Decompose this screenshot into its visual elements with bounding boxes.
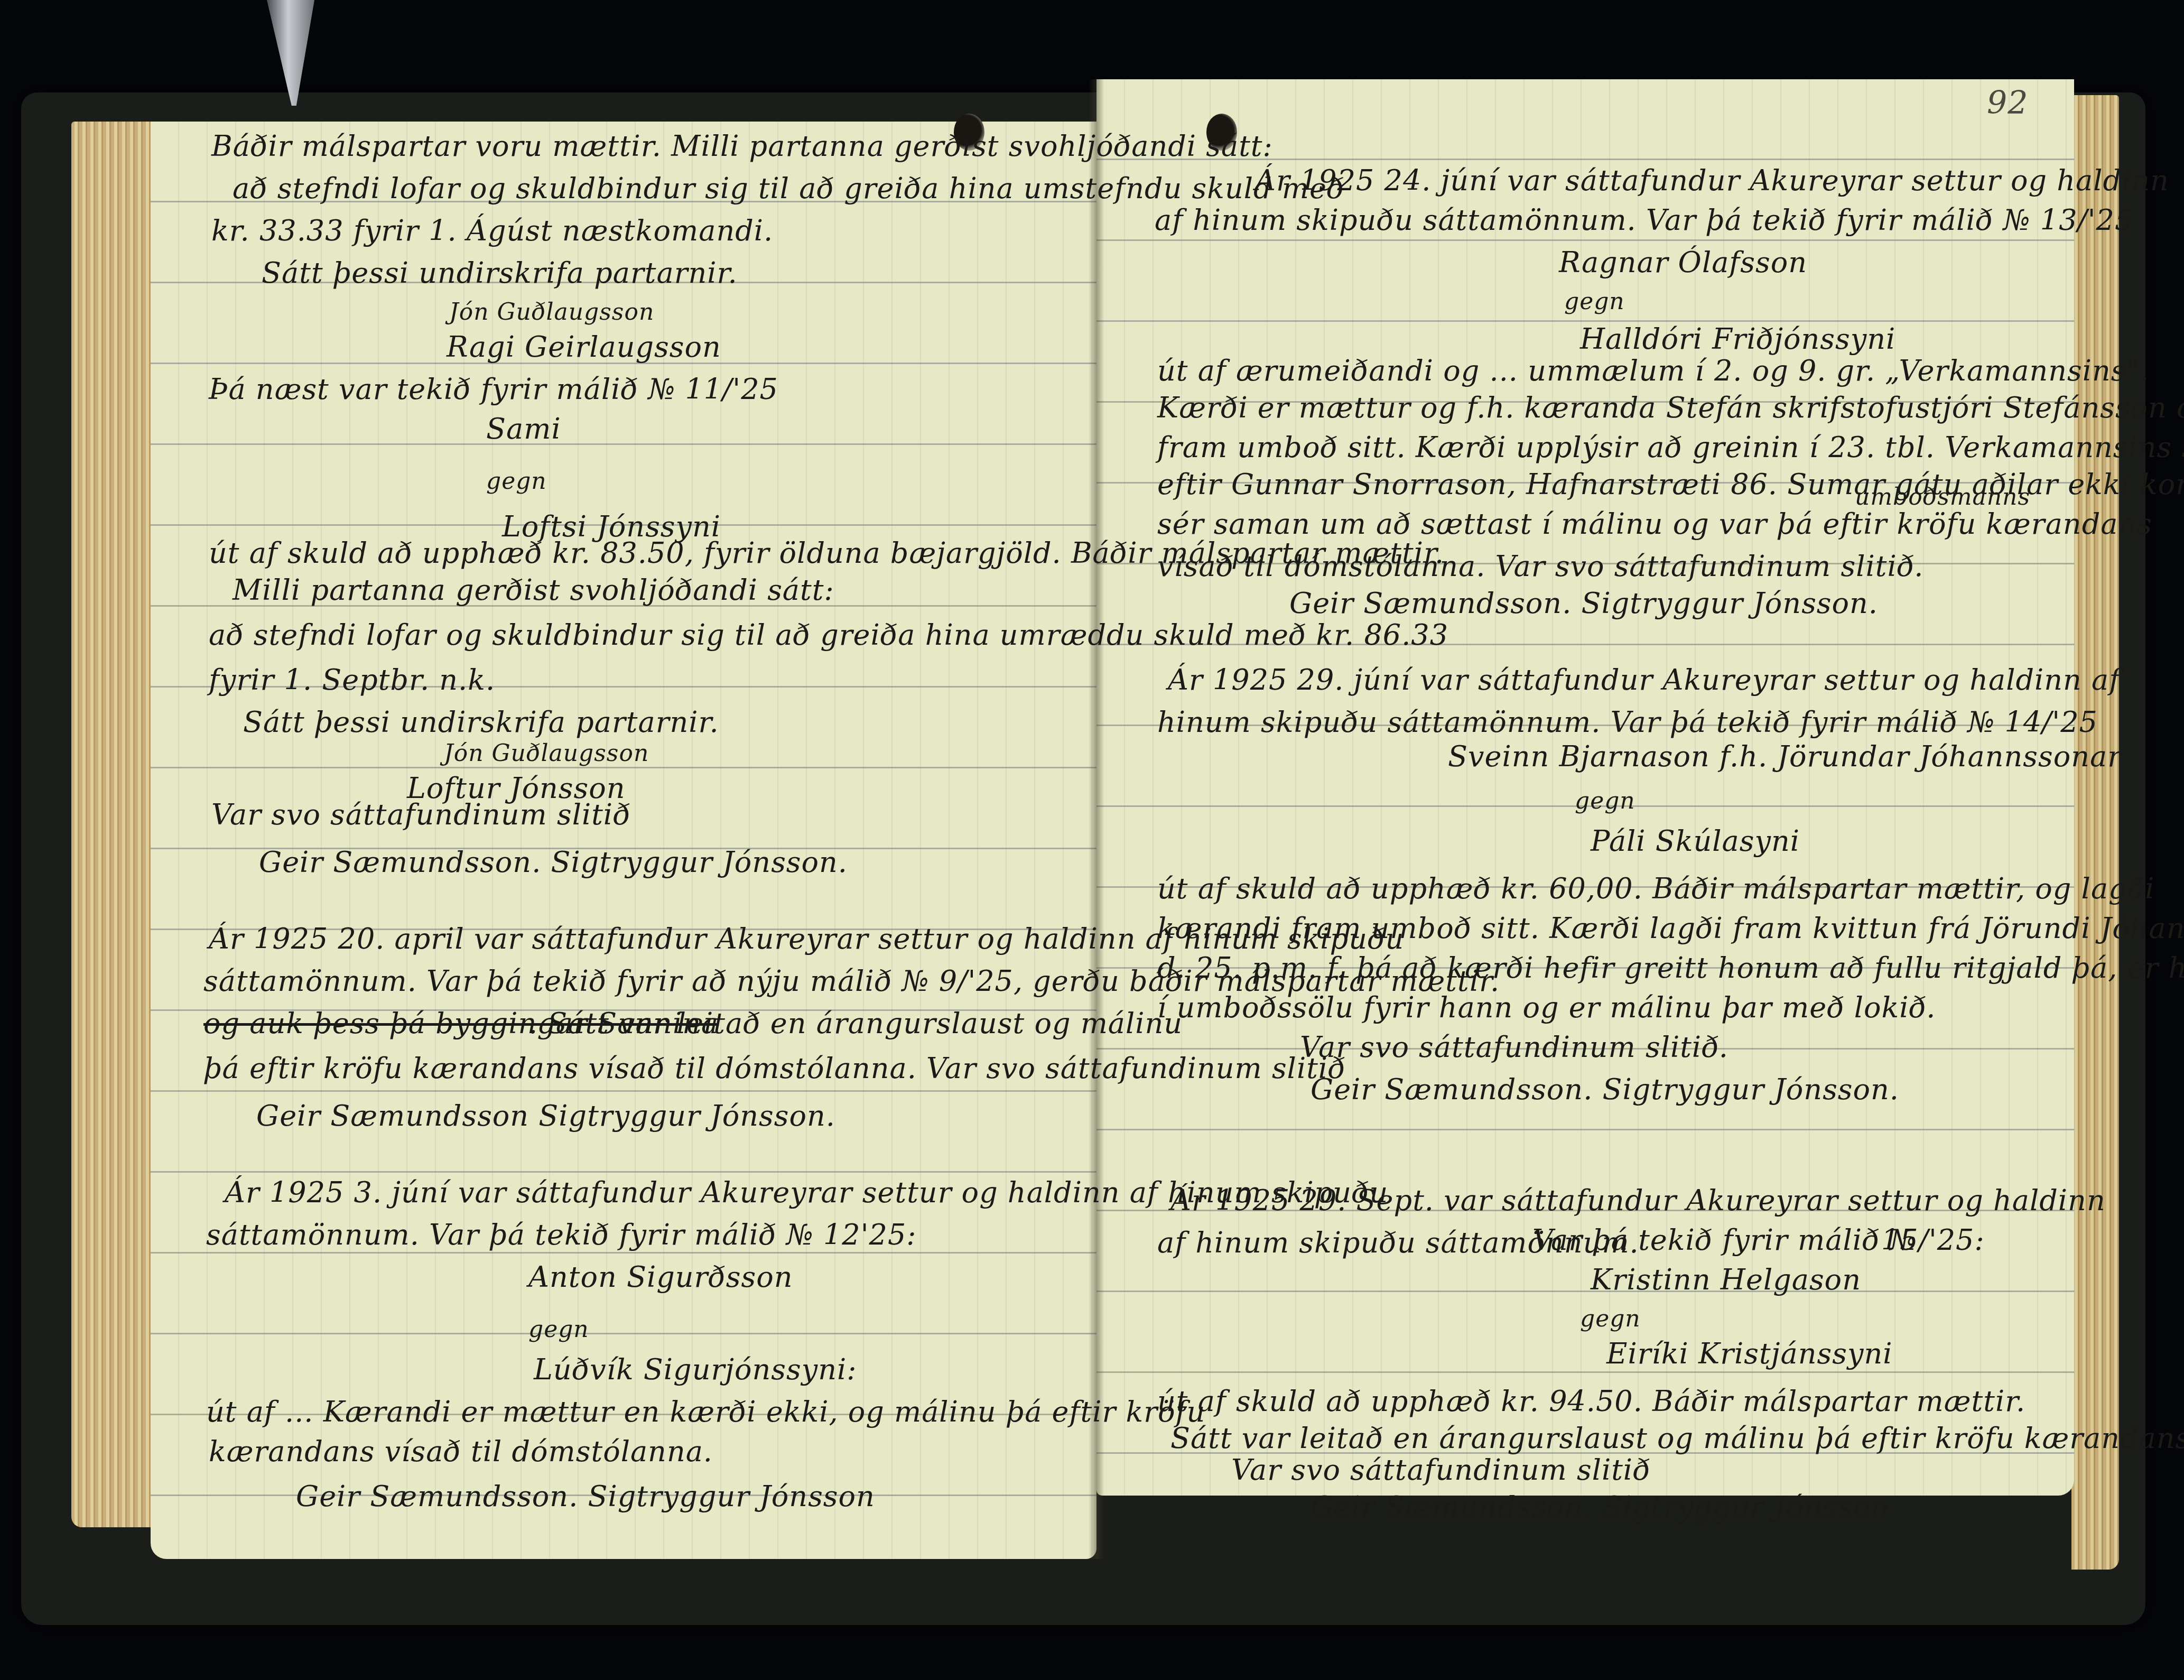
handwritten-line: Milli partanna gerðist svohljóðandi sátt… [233,573,834,607]
handwritten-line: Sveinn Bjarnason f.h. Jörundar Jóhannsso… [1448,740,2122,773]
right-page-edges [2071,95,2119,1570]
handwritten-line: Geir Sæmundsson. Sigtryggur Jónsson [296,1480,875,1513]
handwritten-line: gegn [528,1316,589,1343]
handwritten-line: Kærði er mættur og f.h. kæranda Stefán s… [1157,391,2184,424]
handwritten-line: Ár 1925 29. júní var sáttafundur Akureyr… [1168,663,2120,697]
handwritten-line: Halldóri Friðjónssyni [1580,322,1895,356]
handwritten-line: umboðsmanns [1855,484,2030,511]
page-number: 92 [1987,85,2028,122]
page-holder-blade-icon [267,0,314,106]
handwritten-line: kr. 33.33 fyrir 1. Ágúst næstkomandi. [211,214,773,247]
handwritten-line: Sami [486,412,561,445]
handwritten-line: Var þá tekið fyrir málið № [1532,1223,1917,1257]
handwritten-line: Sátt þessi undirskrifa partarnir. [243,706,719,739]
handwritten-line: Þá næst var tekið fyrir málið № 11/'25 [209,373,778,406]
handwritten-line: kærandi fram umboð sitt. Kærði lagði fra… [1157,912,2184,945]
handwritten-line: Ragi Geirlaugsson [447,330,721,364]
handwritten-line: af hinum skipuðu sáttamönnum. Var þá tek… [1155,203,2133,237]
handwritten-line: að stefndi lofar og skuldbindur sig til … [209,618,1448,652]
handwritten-line: Ragnar Ólafsson [1559,246,1807,279]
handwritten-line: Anton Sigurðsson [528,1260,793,1294]
handwritten-line: Jón Guðlaugsson [444,740,649,767]
handwritten-line: gegn [1575,787,1635,814]
handwritten-line: Kristinn Helgason [1591,1263,1861,1296]
handwritten-line: Geir Sæmundsson. Sigtryggur Jónsson. [1311,1073,1899,1106]
handwritten-line: Lúðvík Sigurjónssyni: [534,1353,857,1386]
handwritten-line: út af skuld að upphæð kr. 60,00. Báðir m… [1157,872,2154,905]
handwritten-line: sáttamönnum. Var þá tekið fyrir málið № … [206,1218,916,1251]
book-gutter [1089,79,1104,1559]
handwritten-line: Var svo sáttafundinum slitið [211,798,631,831]
handwritten-line: gegn [1564,288,1625,315]
handwritten-line: Sátt þessi undirskrifa partarnir. [262,256,738,290]
handwritten-line: . Sátt var leitað en árangurslaust og má… [528,1007,1183,1040]
handwritten-line: d. 25. p.m. f. þá að kærði hefir greitt … [1157,951,2184,985]
handwritten-line: Báðir málspartar voru mættir. Milli part… [211,129,1273,163]
handwritten-line: Ár 1925 29. Sept. var sáttafundur Akurey… [1170,1184,2106,1217]
handwritten-line: Var svo sáttafundinum slitið. [1300,1031,1728,1064]
handwritten-line: fram umboð sitt. Kærði upplýsir að grein… [1157,431,2184,464]
handwritten-line: Jón Guðlaugsson [449,299,654,326]
handwritten-line: út af skuld að upphæð kr. 94.50. Báðir m… [1157,1385,2025,1418]
handwritten-line: Geir Sæmundsson. Sigtryggur Jónsson. [1289,587,1878,620]
handwritten-line: Var svo sáttafundinum slitið [1231,1453,1651,1487]
handwritten-line: út af ærumeiðandi og ... ummælum í 2. og… [1157,354,2150,387]
handwritten-line: fyrir 1. Septbr. n.k. [209,663,495,697]
handwritten-line: í umboðssölu fyrir hann og er málinu þar… [1157,991,1936,1024]
handwritten-line: Ár 1925 24. júní var sáttafundur Akureyr… [1255,164,2169,197]
handwritten-line: kærandans vísað til dómstólanna. [209,1435,713,1468]
handwritten-line: gegn [486,468,547,495]
handwritten-line: Páli Skúlasyni [1591,824,1800,858]
handwritten-line: hinum skipuðu sáttamönnum. Var þá tekið … [1157,706,2098,739]
handwritten-line: vísað til dómstólanna. Var svo sáttafund… [1157,550,1923,583]
handwritten-line: þá eftir kröfu kærandans vísað til dómst… [203,1052,1346,1085]
handwritten-line: Sátt var leitað en árangurslaust og máli… [1170,1422,2184,1455]
handwritten-line: út af ... Kærandi er mættur en kærði ekk… [206,1395,1205,1428]
handwritten-line: Geir Sæmundsson Sigtryggur Jónsson. [256,1099,835,1133]
handwritten-line: sér saman um að sættast í málinu og var … [1157,507,2152,541]
handwritten-line: 15/'25: [1881,1223,1985,1257]
handwritten-line: Eiríki Kristjánssyni [1606,1337,1892,1370]
left-page-edges [71,122,151,1527]
handwritten-line: Geir Sæmundsson. Sigtryggur Jónsson [1311,1490,1890,1524]
handwritten-line: að stefndi lofar og skuldbindur sig til … [233,172,1344,205]
handwritten-line: gegn [1580,1305,1641,1332]
handwritten-line: Geir Sæmundsson. Sigtryggur Jónsson. [259,846,848,879]
